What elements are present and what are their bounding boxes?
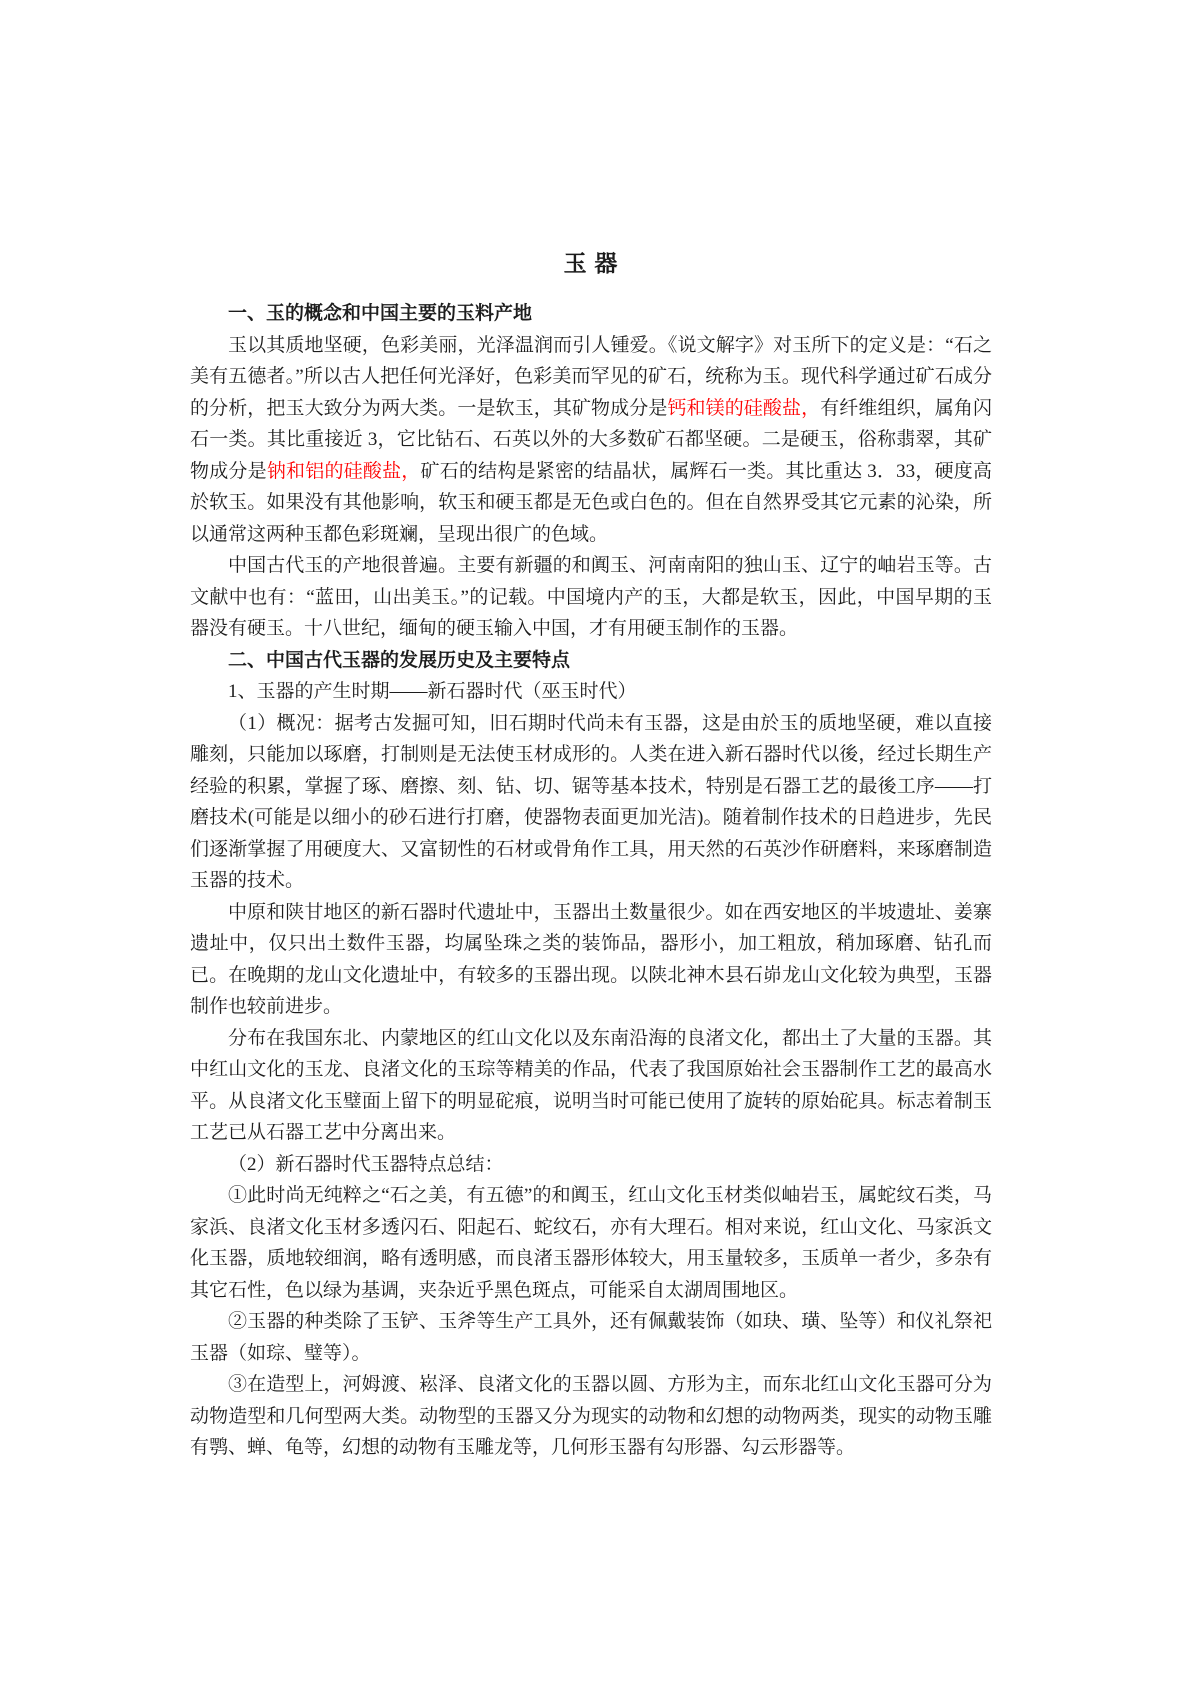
document-body: 一、玉的概念和中国主要的玉料产地玉以其质地坚硬，色彩美丽，光泽温润而引人锺爱。《… [190, 298, 992, 1464]
document-page: 玉 器 一、玉的概念和中国主要的玉料产地玉以其质地坚硬，色彩美丽，光泽温润而引人… [0, 0, 1190, 1683]
document-text-block: 玉 器 一、玉的概念和中国主要的玉料产地玉以其质地坚硬，色彩美丽，光泽温润而引人… [190, 246, 992, 1464]
section-heading-0: 一、玉的概念和中国主要的玉料产地 [190, 298, 992, 330]
text-run: 中原和陕甘地区的新石器时代遗址中，玉器出土数量很少。如在西安地区的半坡遗址、姜寨… [190, 902, 992, 1018]
paragraph-6: 中原和陕甘地区的新石器时代遗址中，玉器出土数量很少。如在西安地区的半坡遗址、姜寨… [190, 897, 992, 1023]
text-run: ③在造型上，河姆渡、崧泽、良渚文化的玉器以圆、方形为主，而东北红山文化玉器可分为… [190, 1374, 992, 1458]
text-run: 一、玉的概念和中国主要的玉料产地 [228, 303, 532, 324]
paragraph-5: （1）概况：据考古发掘可知，旧石期时代尚未有玉器，这是由於玉的质地坚硬，难以直接… [190, 708, 992, 897]
paragraph-9: ①此时尚无纯粹之“石之美，有五德”的和阗玉，红山文化玉材类似岫岩玉，属蛇纹石类，… [190, 1180, 992, 1306]
paragraph-10: ②玉器的种类除了玉铲、玉斧等生产工具外，还有佩戴装饰（如玦、璜、坠等）和仪礼祭祀… [190, 1306, 992, 1369]
paragraph-2: 中国古代玉的产地很普遍。主要有新疆的和阗玉、河南南阳的独山玉、辽宁的岫岩玉等。古… [190, 550, 992, 645]
text-run: 1、玉器的产生时期——新石器时代（巫玉时代） [228, 681, 637, 702]
highlighted-red-text: 钠和铝的硅酸盐， [267, 461, 421, 482]
paragraph-1: 玉以其质地坚硬，色彩美丽，光泽温润而引人锺爱。《说文解字》对玉所下的定义是：“石… [190, 330, 992, 551]
text-run: 二、中国古代玉器的发展历史及主要特点 [228, 650, 570, 671]
section-heading-3: 二、中国古代玉器的发展历史及主要特点 [190, 645, 992, 677]
paragraph-7: 分布在我国东北、内蒙地区的红山文化以及东南沿海的良渚文化，都出土了大量的玉器。其… [190, 1023, 992, 1149]
text-run: ②玉器的种类除了玉铲、玉斧等生产工具外，还有佩戴装饰（如玦、璜、坠等）和仪礼祭祀… [190, 1311, 992, 1364]
text-run: ①此时尚无纯粹之“石之美，有五德”的和阗玉，红山文化玉材类似岫岩玉，属蛇纹石类，… [190, 1185, 992, 1301]
document-title: 玉 器 [190, 246, 992, 282]
text-run: （2）新石器时代玉器特点总结： [228, 1154, 504, 1175]
paragraph-11: ③在造型上，河姆渡、崧泽、良渚文化的玉器以圆、方形为主，而东北红山文化玉器可分为… [190, 1369, 992, 1464]
highlighted-red-text: 钙和镁的硅酸盐， [667, 398, 820, 419]
paragraph-4: 1、玉器的产生时期——新石器时代（巫玉时代） [190, 676, 992, 708]
paragraph-8: （2）新石器时代玉器特点总结： [190, 1149, 992, 1181]
text-run: （1）概况：据考古发掘可知，旧石期时代尚未有玉器，这是由於玉的质地坚硬，难以直接… [190, 713, 992, 892]
text-run: 分布在我国东北、内蒙地区的红山文化以及东南沿海的良渚文化，都出土了大量的玉器。其… [190, 1028, 992, 1144]
text-run: 中国古代玉的产地很普遍。主要有新疆的和阗玉、河南南阳的独山玉、辽宁的岫岩玉等。古… [190, 555, 992, 639]
